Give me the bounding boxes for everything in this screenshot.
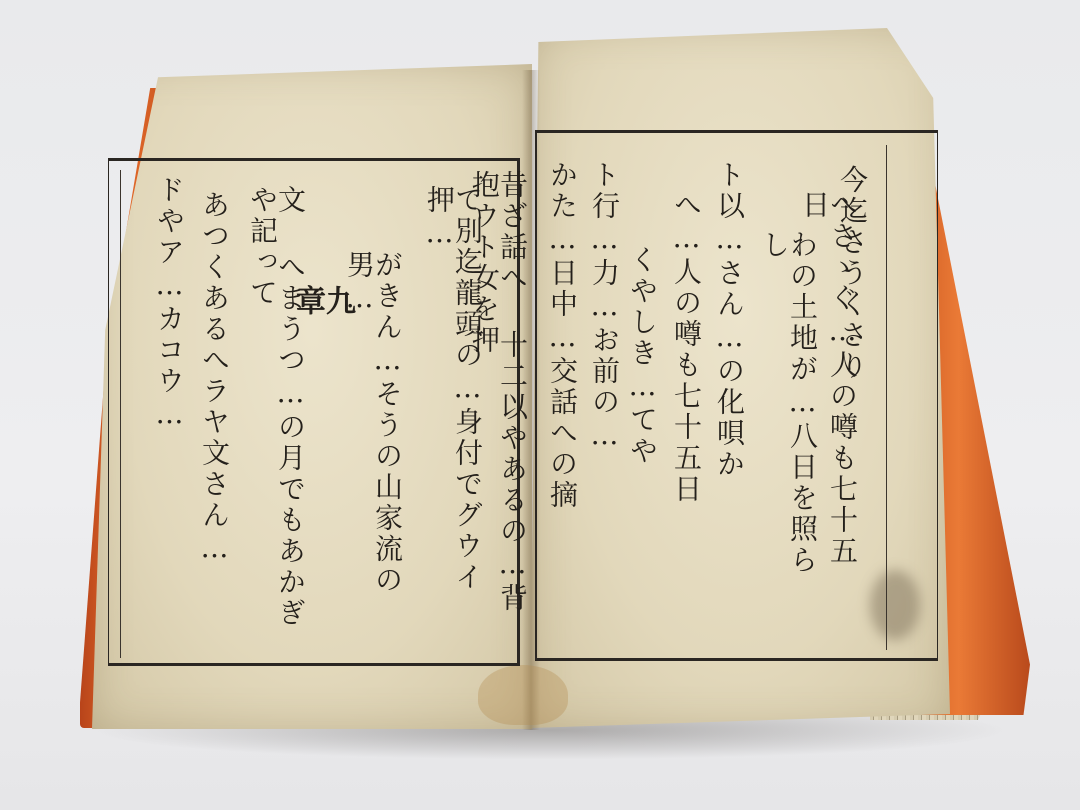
text-column: かた…日中…交話への摘 [548,160,576,640]
text-column: くやしき…てや [628,245,656,585]
text-column: ト以…さん…の化唄か [715,160,743,490]
text-column: ドやア…カコウ… [155,175,183,645]
text-column: わの土地が…八日を照らし [760,230,816,580]
text-column: あつくあるへラヤ文さん… [200,190,228,650]
right-frame-inner-line [886,145,887,650]
text-column: へ…人の噂も七十五日 [672,190,700,530]
left-frame-inner-line [120,170,121,658]
text-column: ト行…力…お前の… [590,160,618,640]
water-stain [478,665,568,725]
text-column: て別迄龍頭の…身付でグウイ押… [425,185,481,635]
book-photo: 今迄さうくさり へさゝぐ…人の噂も七十五日 わの土地が…八日を照らし ト以…さん… [0,0,1080,810]
text-column: 文 へまうつ…の月でもあかぎや記って [248,185,304,645]
